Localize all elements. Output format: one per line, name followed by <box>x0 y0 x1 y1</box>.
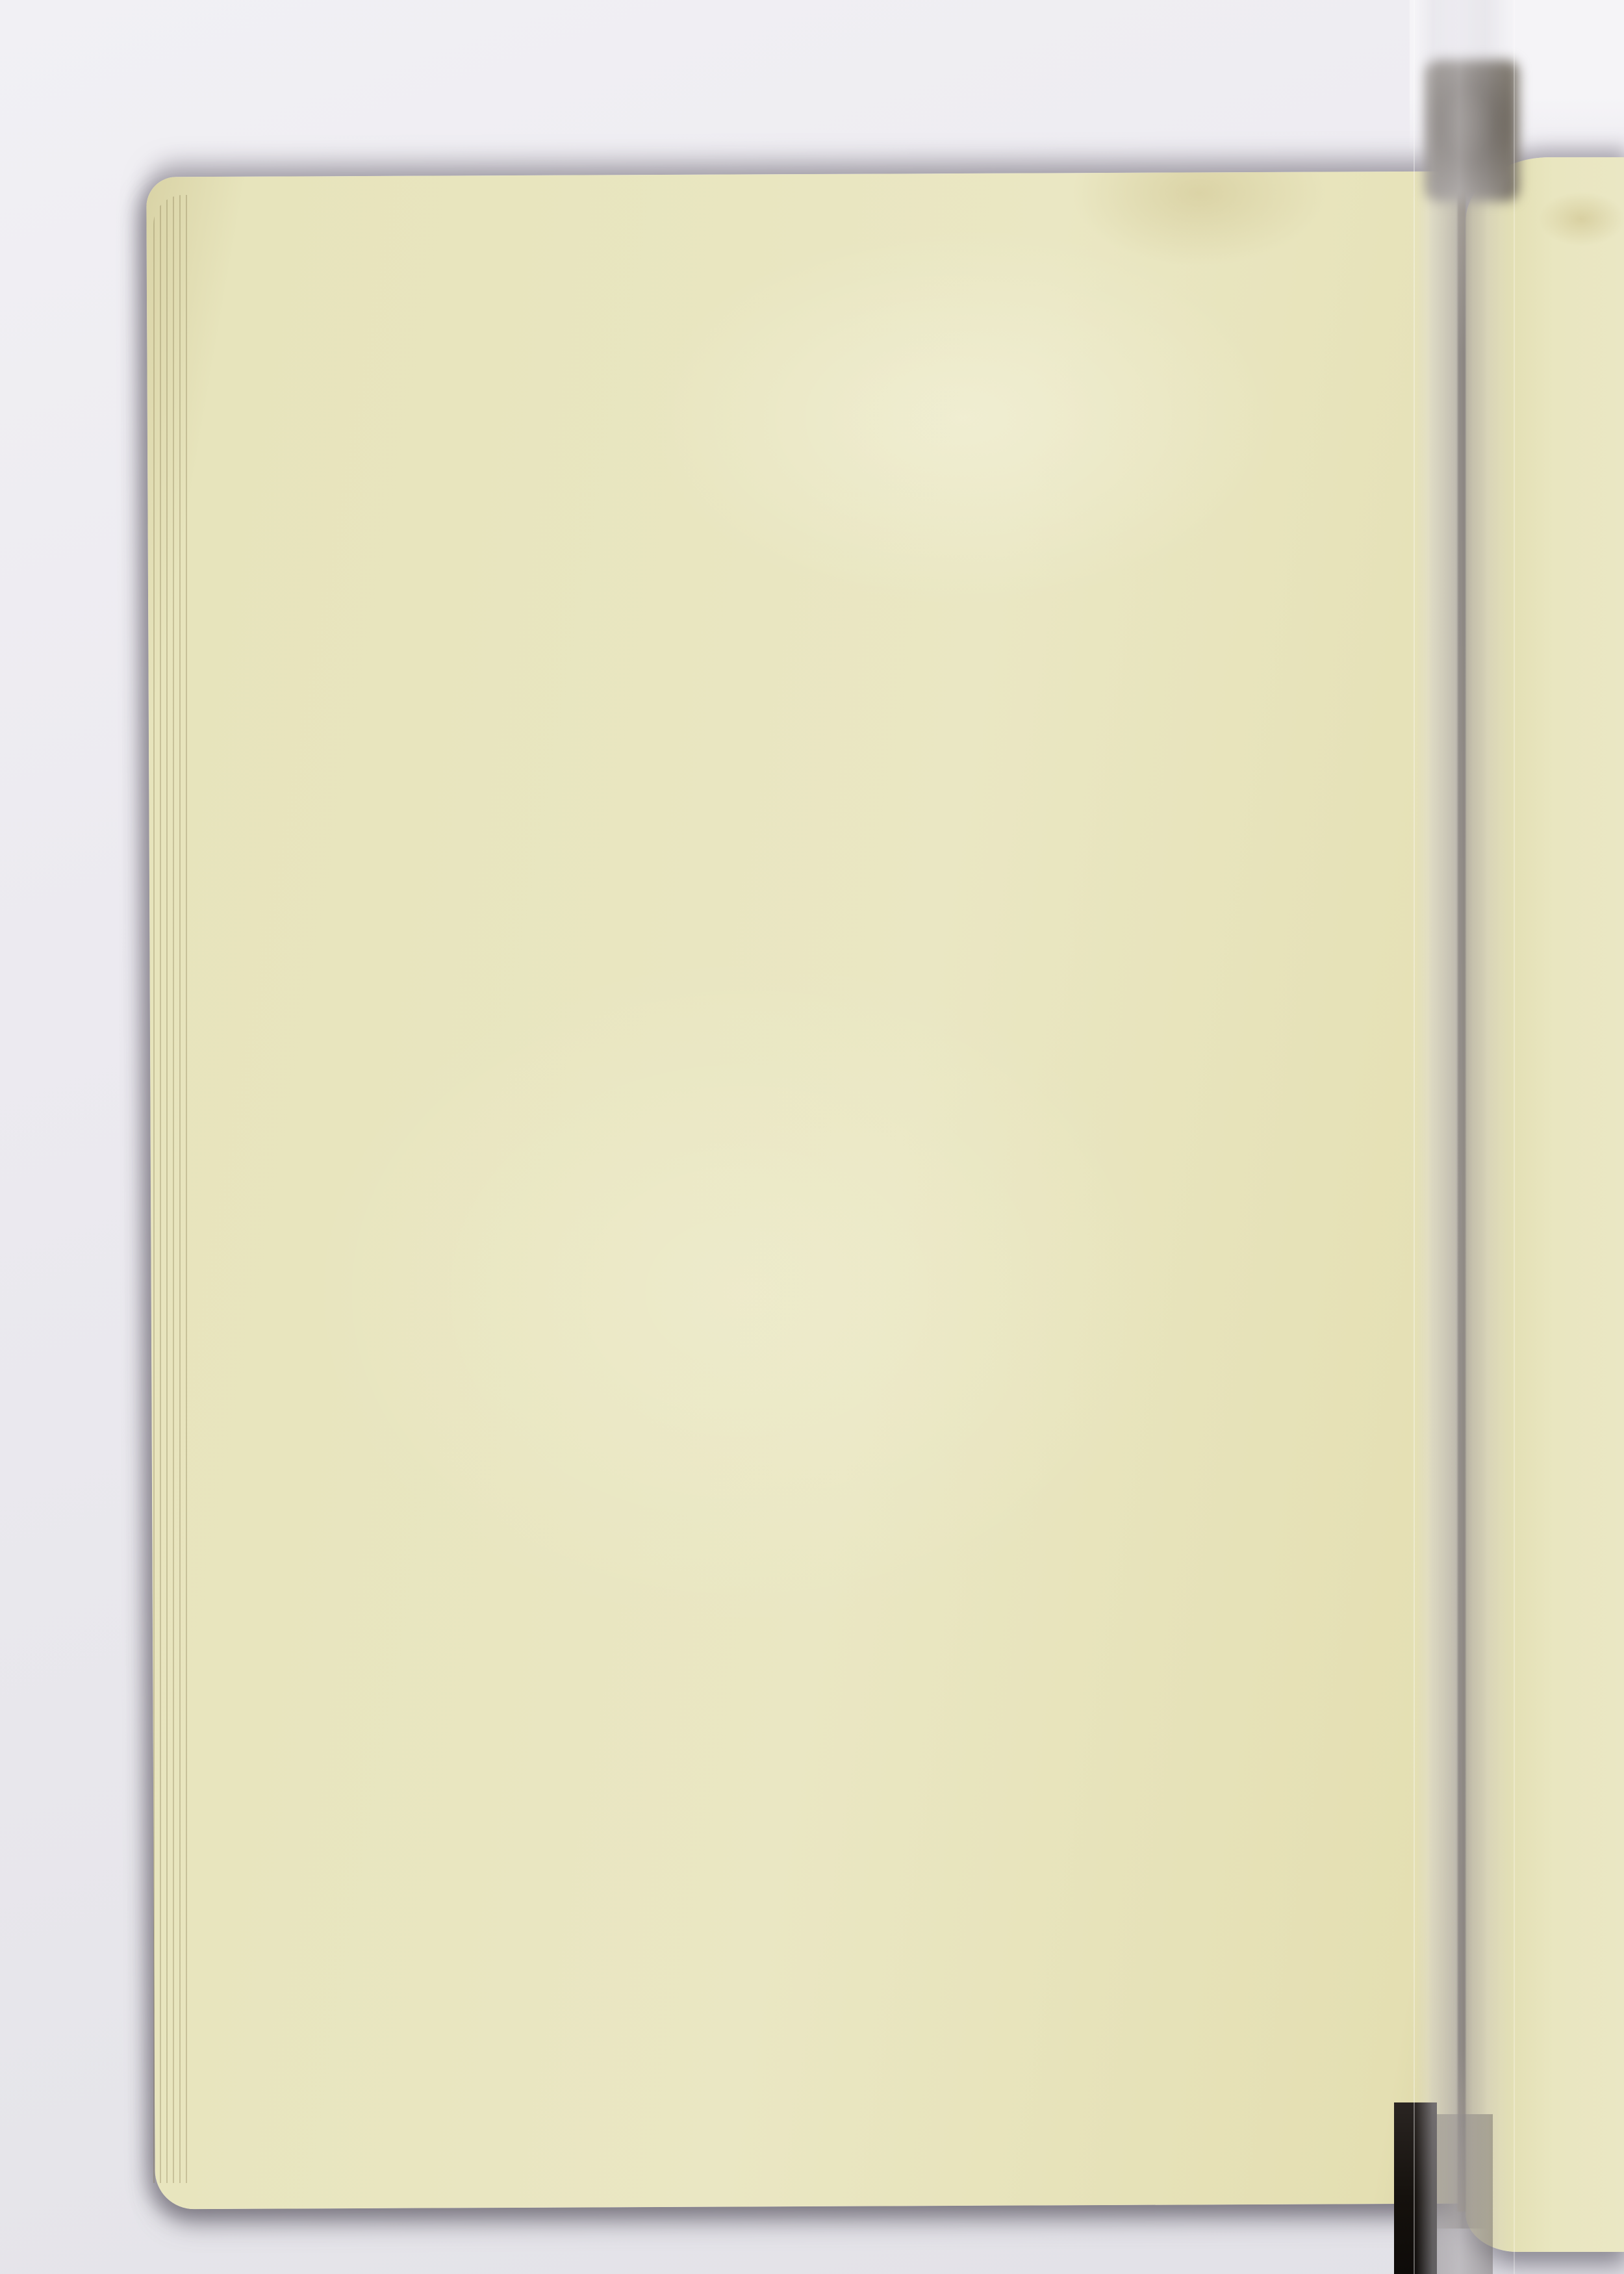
transparent-film-strip <box>1414 0 1515 2274</box>
right-page-bottom-layer <box>0 0 1624 2274</box>
